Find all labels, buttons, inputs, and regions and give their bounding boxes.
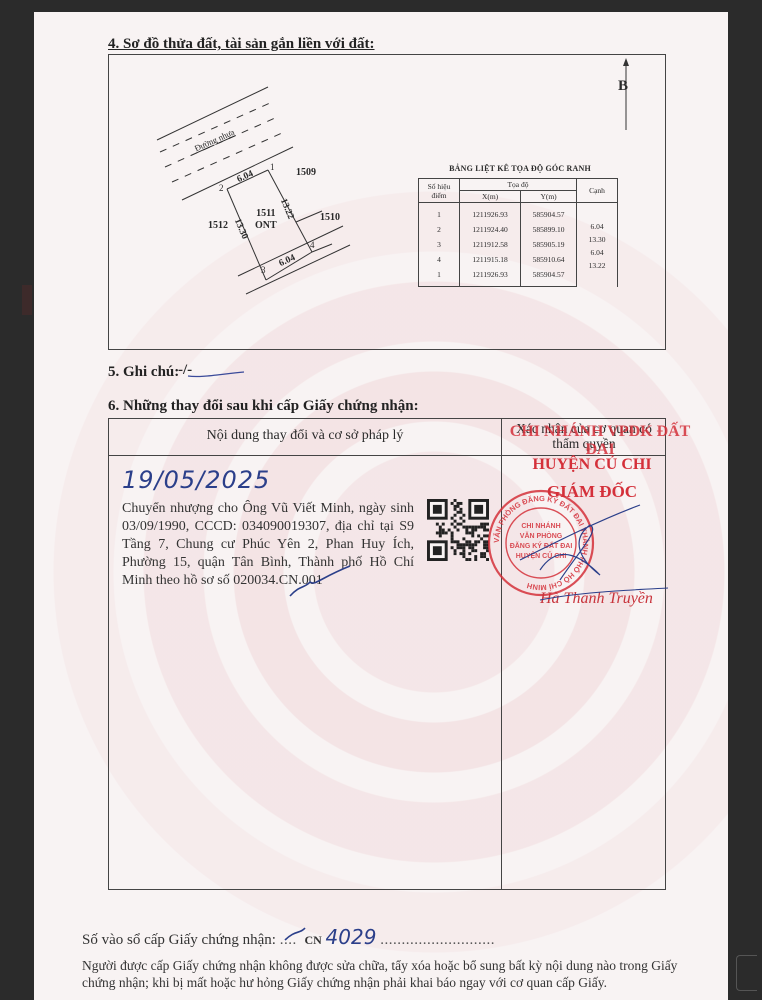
coord-cell-point: 1 bbox=[419, 267, 460, 287]
section-6-title: 6. Những thay đổi sau khi cấp Giấy chứng… bbox=[108, 398, 419, 415]
svg-text:CHI NHÁNH: CHI NHÁNH bbox=[521, 521, 560, 530]
scroll-handle[interactable] bbox=[736, 955, 757, 991]
note-strike-mark bbox=[186, 368, 246, 382]
registration-dots: .... bbox=[280, 932, 297, 948]
stamp-agency-line: CHI NHÁNH VPĐK ĐẤT ĐAI bbox=[500, 423, 700, 459]
coord-header-edge: Cạnh bbox=[577, 179, 618, 203]
coord-cell-x: 1211915.18 bbox=[460, 252, 521, 267]
coord-edge-value: 13.22 bbox=[579, 259, 615, 272]
coord-table-title: BẢNG LIỆT KÊ TỌA ĐỘ GÓC RANH bbox=[420, 164, 620, 173]
coord-cell-point: 1 bbox=[419, 203, 460, 223]
coord-cell-y: 585904.57 bbox=[521, 267, 577, 287]
registration-prefix: CN bbox=[304, 933, 321, 947]
north-arrow-icon bbox=[623, 58, 629, 66]
vertex-2: 2 bbox=[219, 183, 224, 193]
qr-code bbox=[427, 499, 489, 561]
svg-text:HUYỆN CỦ CHI: HUYỆN CỦ CHI bbox=[516, 551, 567, 560]
north-label: B bbox=[618, 78, 628, 95]
coord-cell-y: 585910.64 bbox=[521, 252, 577, 267]
parcel-land-type: ONT bbox=[255, 220, 277, 232]
coord-edge-value: 13.30 bbox=[579, 233, 615, 246]
coord-cell-x: 1211912.58 bbox=[460, 237, 521, 252]
parcel-label: 1511 ONT bbox=[255, 208, 277, 232]
coord-cell-x: 1211924.40 bbox=[460, 222, 521, 237]
vertex-4: 4 bbox=[310, 240, 315, 250]
coord-cell-y: 585904.57 bbox=[521, 203, 577, 223]
svg-text:ĐĂNG KÝ ĐẤT ĐAI: ĐĂNG KÝ ĐẤT ĐAI bbox=[510, 540, 573, 550]
coord-cell-point: 2 bbox=[419, 222, 460, 237]
vertex-1: 1 bbox=[270, 162, 275, 172]
official-seal: VĂN PHÒNG ĐĂNG KÝ ĐẤT ĐAI THÀNH PHỐ HỒ C… bbox=[486, 488, 596, 598]
svg-text:VĂN PHÒNG: VĂN PHÒNG bbox=[520, 531, 563, 540]
coord-edge-value: 6.04 bbox=[579, 246, 615, 259]
coord-cell-y: 585899.10 bbox=[521, 222, 577, 237]
coord-header-y: Y(m) bbox=[521, 191, 577, 203]
coord-header-coords: Tọa độ bbox=[460, 179, 577, 191]
coord-row: 11211926.93585904.576.0413.306.0413.22 bbox=[419, 203, 618, 223]
coord-edge-value: 6.04 bbox=[579, 220, 615, 233]
coord-edges: 6.0413.306.0413.22 bbox=[577, 203, 618, 287]
neighbor-1512: 1512 bbox=[208, 220, 228, 231]
coord-header-x: X(m) bbox=[460, 191, 521, 203]
coord-cell-point: 3 bbox=[419, 237, 460, 252]
coord-table: Số hiệu điểm Tọa độ Cạnh X(m) Y(m) 11211… bbox=[418, 178, 618, 287]
neighbor-1510: 1510 bbox=[320, 212, 340, 223]
coord-header-point: Số hiệu điểm bbox=[419, 179, 460, 203]
change-date: 19/05/2025 bbox=[122, 466, 270, 494]
registration-label: Số vào sổ cấp Giấy chứng nhận: bbox=[82, 932, 276, 948]
neighbor-1509: 1509 bbox=[296, 167, 316, 178]
registration-number: 4029 bbox=[326, 925, 377, 949]
signer-name: Hà Thanh Truyền bbox=[540, 590, 653, 608]
registration-line: Số vào sổ cấp Giấy chứng nhận: .... CN 4… bbox=[82, 925, 495, 949]
registration-dots-trailing: ........................... bbox=[380, 932, 495, 948]
coord-cell-x: 1211926.93 bbox=[460, 203, 521, 223]
change-content: Chuyển nhượng cho Ông Vũ Viết Minh, ngày… bbox=[122, 500, 414, 590]
vertex-3: 3 bbox=[261, 265, 266, 275]
coord-cell-y: 585905.19 bbox=[521, 237, 577, 252]
col-header-content: Nội dung thay đổi và cơ sở pháp lý bbox=[109, 428, 501, 444]
coord-cell-x: 1211926.93 bbox=[460, 267, 521, 287]
section-5-title: 5. Ghi chú: bbox=[108, 364, 179, 381]
coord-cell-point: 4 bbox=[419, 252, 460, 267]
parcel-number: 1511 bbox=[255, 208, 277, 220]
stamp-district-line: HUYỆN CỦ CHI bbox=[512, 456, 672, 474]
footer-note: Người được cấp Giấy chứng nhận không đượ… bbox=[82, 957, 692, 991]
